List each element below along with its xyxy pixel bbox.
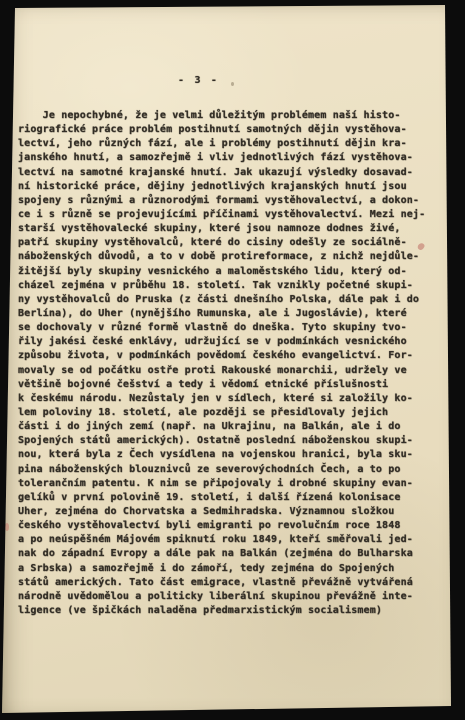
text-line: žitější byly skupiny vesnického a malomě… <box>18 265 438 279</box>
text-line: gelíků v první polovině 19. století, i d… <box>18 491 438 505</box>
text-line: Je nepochybné, že je velmi důležitým pro… <box>18 109 438 123</box>
text-line: ce i s různě se projevujícími příčinami … <box>18 208 438 222</box>
text-line: riografické práce problém postihnutí sam… <box>18 123 438 137</box>
page-number: - 3 - <box>178 75 219 86</box>
text-line: a po neúspěšném Májovém spiknutí roku 18… <box>18 533 438 547</box>
text-line: ligence (ve špičkách naladěna předmarxis… <box>18 604 438 618</box>
text-line: Berlína), do Uher (nynějšího Rumunska, a… <box>18 307 438 321</box>
text-line: Spojených států amerických). Ostatně pos… <box>18 434 438 448</box>
text-line: starší vystěhovalecké skupiny, které jso… <box>18 222 438 236</box>
text-line: ní historické práce, dějiny jednotlivých… <box>18 180 438 194</box>
text-line: států amerických. Tato část emigrace, vl… <box>18 576 438 590</box>
text-line: pina náboženských blouznivců ze severový… <box>18 463 438 477</box>
text-line: Uher, zejména do Chorvatska a Sedmihrads… <box>18 505 438 519</box>
text-line: řily jakési české enklávy, udržující se … <box>18 335 438 349</box>
text-line: způsobu života, v podmínkách povědomí če… <box>18 349 438 363</box>
text-line: národně uvědomělou a politicky liberální… <box>18 590 438 604</box>
text-line: janského hnutí, a samozřejmě i vliv jedn… <box>18 151 438 165</box>
text-line: tolerančním patentu. K nim se připojoval… <box>18 477 438 491</box>
text-line: lem poloviny 18. století, ale později se… <box>18 406 438 420</box>
text-line: movaly se od počátku ostře proti Rakousk… <box>18 364 438 378</box>
document-page: - 3 - Je nepochybné, že je velmi důležit… <box>0 0 465 720</box>
text-line: ny vystěhovalců do Pruska (z části dnešn… <box>18 293 438 307</box>
text-line: patří skupiny vystěhovalců, které do cis… <box>18 236 438 250</box>
text-line: nak do západní Evropy a dále pak na Balk… <box>18 547 438 561</box>
text-line: spojeny s různými a různorodými formami … <box>18 194 438 208</box>
body-text: Je nepochybné, že je velmi důležitým pro… <box>18 109 438 618</box>
text-line: většině bojovné češství a tedy i vědomí … <box>18 378 438 392</box>
text-line: českého vystěhovalectví byli emigranti p… <box>18 519 438 533</box>
scanned-document-background: - 3 - Je nepochybné, že je velmi důležit… <box>0 0 465 720</box>
text-line: lectví, jeho různých fází, ale i problém… <box>18 137 438 151</box>
text-line: k českému národu. Nezůstaly jen v sídlec… <box>18 392 438 406</box>
text-line: lectví na samotné krajanské hnutí. Jak u… <box>18 166 438 180</box>
text-line: části i do jiných zemí (např. na Ukrajin… <box>18 420 438 434</box>
scan-artifact-speck <box>231 82 234 86</box>
scan-artifact-mark-left <box>5 523 9 531</box>
text-line: nou, která byla z Čech vysídlena na voje… <box>18 448 438 462</box>
text-line: cházel zejména v průběhu 18. století. Ta… <box>18 279 438 293</box>
text-line: náboženských důvodů, a to v době protire… <box>18 250 438 264</box>
text-line: a Srbska) a samozřejmě i do zámoří, tedy… <box>18 562 438 576</box>
text-line: se dochovaly v různé formě vlastně do dn… <box>18 321 438 335</box>
